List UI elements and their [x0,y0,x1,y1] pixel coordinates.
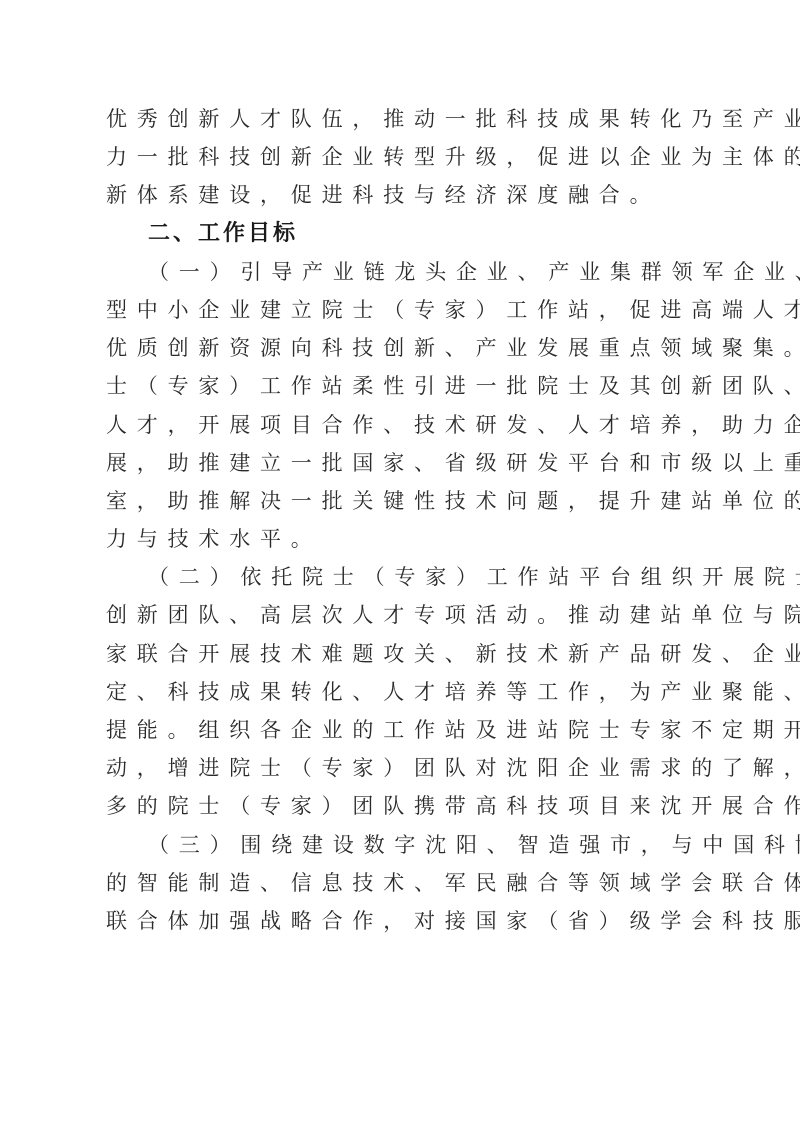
text-line: 优质创新资源向科技创新、产业发展重点领域聚集。依托院 [106,329,696,367]
document-page: 优秀创新人才队伍，推动一批科技成果转化乃至产业化，助 力一批科技创新企业转型升级… [106,100,696,940]
section-heading: 二、工作目标 [106,215,696,253]
text-line: 力与技术水平。 [106,520,696,558]
text-line: 人才，开展项目合作、技术研发、人才培养，助力企业发 [106,406,696,444]
text-line: 提能。组织各企业的工作站及进站院士专家不定期开展活 [106,711,696,749]
paragraph-goal-1: （一）引导产业链龙头企业、产业集群领军企业、科技 型中小企业建立院士（专家）工作… [106,253,696,559]
text-line: （三）围绕建设数字沈阳、智造强市，与中国科协组建 [106,826,696,864]
text-line: 新体系建设，促进科技与经济深度融合。 [106,176,696,214]
paragraph-goal-2: （二）依托院士（专家）工作站平台组织开展院士及其 创新团队、高层次人才专项活动。… [106,558,696,825]
text-line: （一）引导产业链龙头企业、产业集群领军企业、科技 [106,253,696,291]
paragraph-goal-3: （三）围绕建设数字沈阳、智造强市，与中国科协组建 的智能制造、信息技术、军民融合… [106,826,696,941]
intro-paragraph: 优秀创新人才队伍，推动一批科技成果转化乃至产业化，助 力一批科技创新企业转型升级… [106,100,696,215]
text-line: 定、科技成果转化、人才培养等工作，为产业聚能、赋能、 [106,673,696,711]
text-line: 室，助推解决一批关键性技术问题，提升建站单位的创新能 [106,482,696,520]
text-line: 联合体加强战略合作，对接国家（省）级学会科技服务团， [106,902,696,940]
text-line: 的智能制造、信息技术、军民融合等领域学会联合体、产业 [106,864,696,902]
text-line: 型中小企业建立院士（专家）工作站，促进高端人才智力和 [106,291,696,329]
text-line: 力一批科技创新企业转型升级，促进以企业为主体的技术创 [106,138,696,176]
text-line: 动，增进院士（专家）团队对沈阳企业需求的了解，吸引更 [106,749,696,787]
text-line: 优秀创新人才队伍，推动一批科技成果转化乃至产业化，助 [106,100,696,138]
text-line: 多的院士（专家）团队携带高科技项目来沈开展合作。 [106,787,696,825]
text-line: 展，助推建立一批国家、省级研发平台和市级以上重点实验 [106,444,696,482]
text-line: 家联合开展技术难题攻关、新技术新产品研发、企业标准制 [106,635,696,673]
text-line: 创新团队、高层次人才专项活动。推动建站单位与院士及专 [106,596,696,634]
text-line: （二）依托院士（专家）工作站平台组织开展院士及其 [106,558,696,596]
text-line: 士（专家）工作站柔性引进一批院士及其创新团队、高层次 [106,367,696,405]
